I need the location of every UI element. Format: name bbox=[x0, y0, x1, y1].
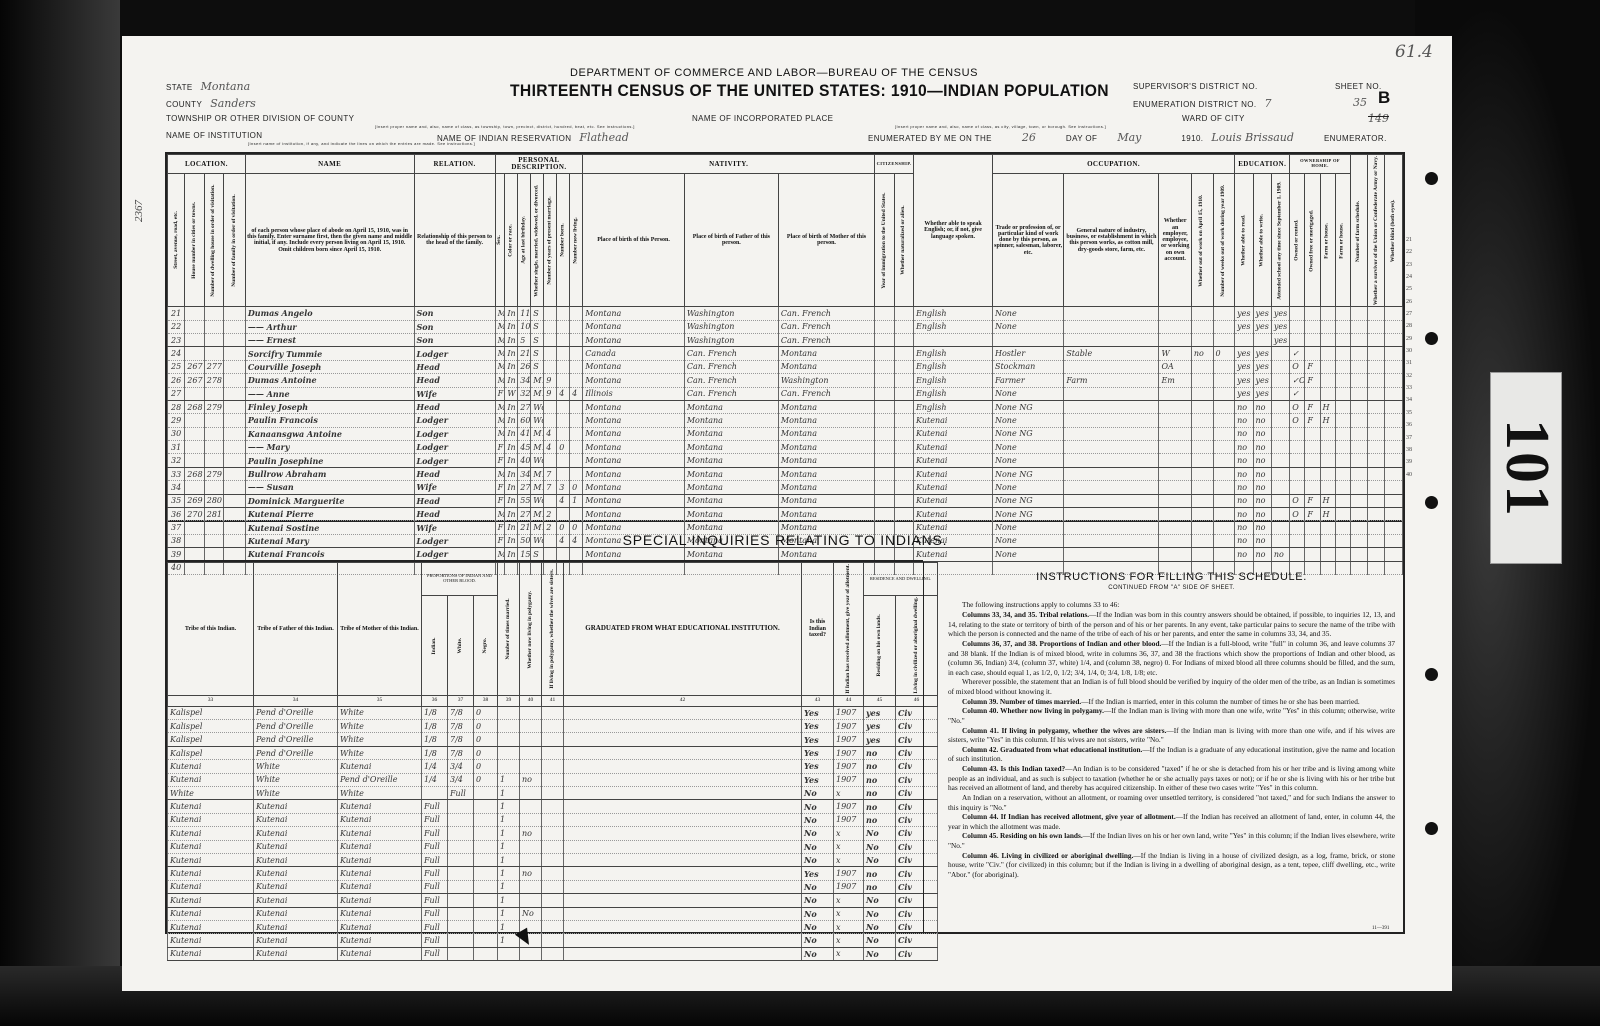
cell-sched bbox=[1335, 427, 1350, 440]
instruction-heading: Column 43. Is this Indian taxed? bbox=[962, 764, 1065, 773]
group-personal: PERSONAL DESCRIPTION. bbox=[495, 155, 583, 174]
empty-cell bbox=[1350, 441, 1367, 454]
cell-sisters bbox=[542, 787, 564, 800]
cell-farm bbox=[1320, 387, 1335, 400]
cell-name: Dumas Angelo bbox=[245, 307, 414, 320]
cell-years bbox=[544, 414, 557, 427]
empty-cell bbox=[224, 494, 246, 507]
cell-occupation: None bbox=[992, 414, 1063, 427]
cell-indian: Full bbox=[422, 907, 448, 920]
table-row: 34—— SusanWifeFIn27M1730MontanaMontanaMo… bbox=[168, 481, 1403, 494]
line-number: 28 bbox=[1406, 320, 1412, 332]
cell-age: 5 bbox=[518, 333, 531, 346]
sheet-letter: B bbox=[1378, 88, 1390, 108]
empty-cell bbox=[894, 454, 913, 467]
cell-indian: 1/4 bbox=[422, 760, 448, 773]
instruction-text: —If the Indian is married, enter in this… bbox=[1081, 697, 1359, 706]
cell-sched bbox=[1335, 441, 1350, 454]
empty-cell bbox=[224, 454, 246, 467]
cell-dwelling bbox=[185, 387, 204, 400]
empty-cell bbox=[875, 481, 894, 494]
col-24-header: Whether able to write. bbox=[1253, 174, 1271, 307]
cell-weeks bbox=[1213, 454, 1235, 467]
cell-industry bbox=[1064, 494, 1159, 507]
cell-employ bbox=[1159, 454, 1191, 467]
table-row: KutenaiKutenaiKutenaiFull1NoxNoCiv bbox=[168, 840, 938, 853]
cell-pob-mother: Montana bbox=[778, 494, 874, 507]
cell-family bbox=[204, 454, 223, 467]
cell-sisters bbox=[542, 853, 564, 866]
cell-allot: 1907 bbox=[834, 733, 864, 746]
column-number: 40 bbox=[520, 695, 542, 706]
cell-dwelling bbox=[185, 320, 204, 333]
cell-negro: 0 bbox=[474, 706, 498, 719]
cell-father: White bbox=[254, 787, 338, 800]
cell-occupation: None bbox=[992, 307, 1063, 320]
cell-out bbox=[1191, 360, 1213, 373]
cell-white bbox=[448, 813, 474, 826]
col-38-header: Negro. bbox=[474, 596, 498, 695]
cell-tribe: Kutenai bbox=[168, 894, 254, 907]
cell-living bbox=[570, 467, 583, 480]
cell-race: In bbox=[505, 427, 518, 440]
special-rows: KalispelPend d'OreilleWhite1/87/80Yes190… bbox=[168, 706, 938, 960]
line-number: 38 bbox=[1406, 444, 1412, 456]
table-row: 22—— ArthurSonMIn10SMontanaWashingtonCan… bbox=[168, 320, 1403, 333]
cell-sex: M bbox=[495, 320, 505, 333]
cell-pob: Montana bbox=[583, 467, 685, 480]
cell-mother: Kutenai bbox=[338, 947, 422, 960]
cell-polygamy bbox=[520, 947, 542, 960]
cell-white: 3/4 bbox=[448, 773, 474, 786]
cell-tribe: Kalispel bbox=[168, 720, 254, 733]
cell-relation: Head bbox=[414, 494, 495, 507]
cell-indian: 1/8 bbox=[422, 720, 448, 733]
cell-indian: Full bbox=[422, 853, 448, 866]
empty-cell bbox=[1350, 494, 1367, 507]
cell-graduated bbox=[564, 920, 802, 933]
cell-sched bbox=[1335, 454, 1350, 467]
cell-age: 27 bbox=[518, 400, 531, 413]
cell-allot: x bbox=[834, 827, 864, 840]
empty-cell bbox=[875, 320, 894, 333]
cell-white: 7/8 bbox=[448, 706, 474, 719]
special-column-numbers: 3334353637383940414243444546 bbox=[168, 695, 938, 706]
line-number: 22 bbox=[168, 320, 185, 333]
cell-write: no bbox=[1253, 494, 1271, 507]
cell-relation: Son bbox=[414, 320, 495, 333]
cell-pob: Montana bbox=[583, 307, 685, 320]
cell-sisters bbox=[542, 867, 564, 880]
cell-own-land: No bbox=[864, 840, 896, 853]
empty-cell bbox=[1350, 320, 1367, 333]
cell-pob-mother: Montana bbox=[778, 400, 874, 413]
cell-sched bbox=[1335, 333, 1350, 346]
cell-indian: Full bbox=[422, 947, 448, 960]
cell-farm bbox=[1320, 360, 1335, 373]
cell-age: 32 bbox=[518, 387, 531, 400]
cell-negro: 0 bbox=[474, 733, 498, 746]
cell-born bbox=[557, 400, 570, 413]
special-inquiries-title: SPECIAL INQUIRIES RELATING TO INDIANS. bbox=[167, 532, 1403, 548]
sheet-number-field: Sheet No. bbox=[1335, 82, 1382, 91]
cell-pob-father: Can. French bbox=[684, 360, 778, 373]
col-36-header: Indian. bbox=[422, 596, 448, 695]
cell-white bbox=[448, 867, 474, 880]
cell-own-land: yes bbox=[864, 733, 896, 746]
cell-dwelling: Civ bbox=[896, 934, 938, 947]
cell-mother: White bbox=[338, 787, 422, 800]
cell-free bbox=[1305, 347, 1320, 360]
cell-occupation: None bbox=[992, 441, 1063, 454]
cell-read: no bbox=[1235, 400, 1253, 413]
line-number: 30 bbox=[1406, 345, 1412, 357]
cell-taxed: No bbox=[802, 947, 834, 960]
cell-weeks bbox=[1213, 320, 1235, 333]
cell-married: 1 bbox=[498, 800, 520, 813]
cell-taxed: No bbox=[802, 853, 834, 866]
cell-born bbox=[557, 467, 570, 480]
cell-employ bbox=[1159, 307, 1191, 320]
cell-born bbox=[557, 320, 570, 333]
col-33-header: Tribe of this Indian. bbox=[168, 563, 254, 696]
cell-write: no bbox=[1253, 427, 1271, 440]
cell-living bbox=[570, 320, 583, 333]
cell-born bbox=[557, 414, 570, 427]
cell-father: Kutenai bbox=[254, 867, 338, 880]
cell-pob: Montana bbox=[583, 441, 685, 454]
column-number: 38 bbox=[474, 695, 498, 706]
cell-name: —— Arthur bbox=[245, 320, 414, 333]
cell-born: 0 bbox=[557, 441, 570, 454]
col-3-header: of each person whose place of abode on A… bbox=[245, 174, 414, 307]
cell-mother: Kutenai bbox=[338, 853, 422, 866]
cell-mother: Kutenai bbox=[338, 920, 422, 933]
cell-negro: 0 bbox=[474, 746, 498, 759]
cell-out bbox=[1191, 374, 1213, 387]
cell-relation: Wife bbox=[414, 387, 495, 400]
cell-marital: S bbox=[531, 307, 544, 320]
cell-indian: Full bbox=[422, 880, 448, 893]
cell-polygamy bbox=[520, 787, 542, 800]
empty-cell bbox=[875, 400, 894, 413]
cell-farm bbox=[1320, 347, 1335, 360]
cell-free bbox=[1305, 441, 1320, 454]
group-nativity: NATIVITY. bbox=[583, 155, 875, 174]
cell-read: no bbox=[1235, 467, 1253, 480]
empty-cell bbox=[1368, 414, 1385, 427]
cell-farm bbox=[1320, 374, 1335, 387]
cell-school bbox=[1271, 360, 1289, 373]
cell-mother: Kutenai bbox=[338, 840, 422, 853]
cell-relation: Wife bbox=[414, 481, 495, 494]
cell-farm bbox=[1320, 307, 1335, 320]
reservation-value: Flathead bbox=[579, 131, 628, 144]
cell-indian: Full bbox=[422, 867, 448, 880]
cell-married: 1 bbox=[498, 787, 520, 800]
empty-cell bbox=[875, 347, 894, 360]
empty-cell bbox=[894, 347, 913, 360]
cell-taxed: No bbox=[802, 840, 834, 853]
instruction-paragraph: Column 43. Is this Indian taxed?—An Indi… bbox=[948, 764, 1395, 793]
cell-taxed: Yes bbox=[802, 773, 834, 786]
cell-years bbox=[544, 494, 557, 507]
cell-taxed: Yes bbox=[802, 733, 834, 746]
cell-years: 7 bbox=[544, 467, 557, 480]
cell-sched bbox=[1335, 400, 1350, 413]
cell-sex: F bbox=[495, 494, 505, 507]
cell-race: In bbox=[505, 441, 518, 454]
empty-cell bbox=[875, 307, 894, 320]
cell-own bbox=[1290, 427, 1305, 440]
punch-hole bbox=[1425, 496, 1438, 509]
cell-farm: H bbox=[1320, 400, 1335, 413]
cell-pob-mother: Can. French bbox=[778, 333, 874, 346]
cell-born bbox=[557, 347, 570, 360]
cell-free bbox=[1305, 307, 1320, 320]
cell-pob-father: Montana bbox=[684, 481, 778, 494]
cell-write: yes bbox=[1253, 307, 1271, 320]
cell-read: no bbox=[1235, 441, 1253, 454]
cell-married: 1 bbox=[498, 880, 520, 893]
cell-marital: M1 bbox=[531, 481, 544, 494]
cell-indian: 1/8 bbox=[422, 746, 448, 759]
table-row: KutenaiKutenaiKutenaiFull1NoxNoCiv bbox=[168, 920, 938, 933]
cell-sched bbox=[1335, 494, 1350, 507]
cell-school bbox=[1271, 347, 1289, 360]
cell-read: yes bbox=[1235, 320, 1253, 333]
cell-own-land: no bbox=[864, 760, 896, 773]
cell-weeks bbox=[1213, 307, 1235, 320]
cell-sisters bbox=[542, 720, 564, 733]
cell-allot: x bbox=[834, 947, 864, 960]
cell-taxed: No bbox=[802, 907, 834, 920]
cell-allot: x bbox=[834, 787, 864, 800]
line-number: 37 bbox=[1406, 432, 1412, 444]
cell-school bbox=[1271, 454, 1289, 467]
empty-cell bbox=[224, 467, 246, 480]
cell-mother: Kutenai bbox=[338, 867, 422, 880]
cell-years bbox=[544, 320, 557, 333]
cell-tribe: Kutenai bbox=[168, 947, 254, 960]
cell-tribe: Kutenai bbox=[168, 800, 254, 813]
cell-polygamy bbox=[520, 800, 542, 813]
cell-sched bbox=[1335, 467, 1350, 480]
line-number: 33 bbox=[168, 467, 185, 480]
cell-white bbox=[448, 880, 474, 893]
instruction-paragraph: An Indian on a reservation, without an a… bbox=[948, 793, 1395, 812]
cell-graduated bbox=[564, 746, 802, 759]
cell-name: Courville Joseph bbox=[245, 360, 414, 373]
cell-married bbox=[498, 706, 520, 719]
cell-employ bbox=[1159, 414, 1191, 427]
cell-pob: Montana bbox=[583, 481, 685, 494]
cell-tribe: Kutenai bbox=[168, 813, 254, 826]
cell-tribe: Kutenai bbox=[168, 907, 254, 920]
cell-relation: Son bbox=[414, 307, 495, 320]
cell-write: no bbox=[1253, 400, 1271, 413]
cell-out bbox=[1191, 400, 1213, 413]
cell-living bbox=[570, 454, 583, 467]
column-number: 37 bbox=[448, 695, 474, 706]
table-row: KutenaiKutenaiKutenaiFull1noYes1907noCiv bbox=[168, 867, 938, 880]
cell-out bbox=[1191, 481, 1213, 494]
cell-employ bbox=[1159, 387, 1191, 400]
empty-cell bbox=[1350, 467, 1367, 480]
cell-white: Full bbox=[448, 787, 474, 800]
cell-negro: 0 bbox=[474, 760, 498, 773]
cell-school bbox=[1271, 400, 1289, 413]
cell-pob: Montana bbox=[583, 374, 685, 387]
population-table: LOCATION. NAME RELATION. PERSONAL DESCRI… bbox=[167, 154, 1403, 575]
cell-negro bbox=[474, 894, 498, 907]
empty-cell bbox=[1368, 374, 1385, 387]
cell-read: yes bbox=[1235, 307, 1253, 320]
cell-mother: Pend d'Oreille bbox=[338, 773, 422, 786]
cell-indian: Full bbox=[422, 920, 448, 933]
col-45-header: Residing on his own lands. bbox=[864, 596, 896, 695]
cell-negro bbox=[474, 787, 498, 800]
empty-cell bbox=[1385, 414, 1403, 427]
cell-taxed: No bbox=[802, 800, 834, 813]
cell-occupation: None NG bbox=[992, 467, 1063, 480]
cell-indian bbox=[422, 787, 448, 800]
cell-father: Kutenai bbox=[254, 947, 338, 960]
empty-cell bbox=[1385, 307, 1403, 320]
cell-weeks bbox=[1213, 360, 1235, 373]
cell-pob-mother: Montana bbox=[778, 441, 874, 454]
line-number: 34 bbox=[168, 481, 185, 494]
cell-indian: 1/8 bbox=[422, 706, 448, 719]
cell-graduated bbox=[564, 773, 802, 786]
cell-sisters bbox=[542, 934, 564, 947]
incorporated-place-field: Name of incorporated place bbox=[692, 114, 833, 123]
table-row: KalispelPend d'OreilleWhite1/87/80Yes190… bbox=[168, 706, 938, 719]
cell-read: no bbox=[1235, 481, 1253, 494]
cell-polygamy bbox=[520, 760, 542, 773]
cell-industry bbox=[1064, 467, 1159, 480]
cell-industry: Stable bbox=[1064, 347, 1159, 360]
cell-marital: M1 bbox=[531, 374, 544, 387]
cell-pob-father: Montana bbox=[684, 467, 778, 480]
cell-farm bbox=[1320, 467, 1335, 480]
cell-white bbox=[448, 894, 474, 907]
cell-sex: F bbox=[495, 481, 505, 494]
cell-negro bbox=[474, 920, 498, 933]
cell-father: White bbox=[254, 760, 338, 773]
cell-school bbox=[1271, 467, 1289, 480]
cell-white bbox=[448, 853, 474, 866]
cell-father: Kutenai bbox=[254, 880, 338, 893]
cell-out bbox=[1191, 454, 1213, 467]
cell-industry bbox=[1064, 333, 1159, 346]
cell-own: ✓ bbox=[1290, 347, 1305, 360]
instruction-paragraph: Column 46. Living in civilized or aborig… bbox=[948, 851, 1395, 880]
cell-years bbox=[544, 360, 557, 373]
cell-sched bbox=[1335, 387, 1350, 400]
cell-allot: 1907 bbox=[834, 706, 864, 719]
cell-negro bbox=[474, 800, 498, 813]
cell-living: 0 bbox=[570, 481, 583, 494]
cell-mother: Kutenai bbox=[338, 760, 422, 773]
cell-relation: Lodger bbox=[414, 427, 495, 440]
cell-taxed: No bbox=[802, 920, 834, 933]
cell-occupation: None NG bbox=[992, 494, 1063, 507]
cell-own bbox=[1290, 481, 1305, 494]
col-16-header: Whether naturalized or alien. bbox=[894, 174, 913, 307]
cell-school bbox=[1271, 427, 1289, 440]
col-7-header: Age at last birthday. bbox=[518, 174, 531, 307]
cell-name: Dumas Antoine bbox=[245, 374, 414, 387]
cell-school bbox=[1271, 387, 1289, 400]
cell-employ: Em bbox=[1159, 374, 1191, 387]
empty-cell bbox=[1350, 307, 1367, 320]
cell-sched bbox=[1335, 307, 1350, 320]
cell-father: Kutenai bbox=[254, 934, 338, 947]
line-numbers-right: 2122232425262728293031323334353637383940 bbox=[1406, 234, 1412, 481]
cell-negro bbox=[474, 853, 498, 866]
cell-out bbox=[1191, 307, 1213, 320]
empty-cell bbox=[875, 427, 894, 440]
cell-indian: 1/4 bbox=[422, 773, 448, 786]
cell-relation: Lodger bbox=[414, 454, 495, 467]
cell-name: Finley Joseph bbox=[245, 400, 414, 413]
cell-read: yes bbox=[1235, 347, 1253, 360]
empty-cell bbox=[1385, 494, 1403, 507]
cell-own-land: no bbox=[864, 746, 896, 759]
cell-pob-father: Montana bbox=[684, 454, 778, 467]
cell-pob-mother: Washington bbox=[778, 374, 874, 387]
cell-pob-father: Montana bbox=[684, 427, 778, 440]
cell-farm: H bbox=[1320, 494, 1335, 507]
cell-allot: 1907 bbox=[834, 867, 864, 880]
empty-cell bbox=[1385, 400, 1403, 413]
cell-family bbox=[204, 320, 223, 333]
cell-tribe: Kalispel bbox=[168, 706, 254, 719]
empty-cell bbox=[875, 467, 894, 480]
col-25-header: Attended school any time since September… bbox=[1271, 174, 1289, 307]
cell-graduated bbox=[564, 894, 802, 907]
col-42-header: GRADUATED FROM WHAT EDUCATIONAL INSTITUT… bbox=[564, 563, 802, 696]
cell-weeks bbox=[1213, 427, 1235, 440]
empty-cell bbox=[894, 360, 913, 373]
cell-race: In bbox=[505, 414, 518, 427]
empty-cell bbox=[875, 387, 894, 400]
cell-own: ✓ bbox=[1290, 387, 1305, 400]
cell-family bbox=[204, 307, 223, 320]
cell-mother: Kutenai bbox=[338, 934, 422, 947]
empty-cell bbox=[1350, 347, 1367, 360]
empty-cell bbox=[894, 441, 913, 454]
cell-sisters bbox=[542, 827, 564, 840]
cell-indian: Full bbox=[422, 827, 448, 840]
cell-family: 279 bbox=[204, 467, 223, 480]
col-10-header: Number born. bbox=[557, 174, 570, 307]
cell-weeks bbox=[1213, 387, 1235, 400]
instruction-paragraph: Columns 33, 34, and 35. Tribal relations… bbox=[948, 610, 1395, 639]
cell-polygamy bbox=[520, 840, 542, 853]
empty-cell bbox=[224, 374, 246, 387]
empty-cell bbox=[1385, 481, 1403, 494]
cell-employ: OA bbox=[1159, 360, 1191, 373]
cell-own-land: no bbox=[864, 800, 896, 813]
cell-family bbox=[204, 414, 223, 427]
cell-negro bbox=[474, 813, 498, 826]
cell-own-land: No bbox=[864, 934, 896, 947]
cell-father: Kutenai bbox=[254, 800, 338, 813]
cell-sisters bbox=[542, 840, 564, 853]
line-number: 31 bbox=[168, 441, 185, 454]
